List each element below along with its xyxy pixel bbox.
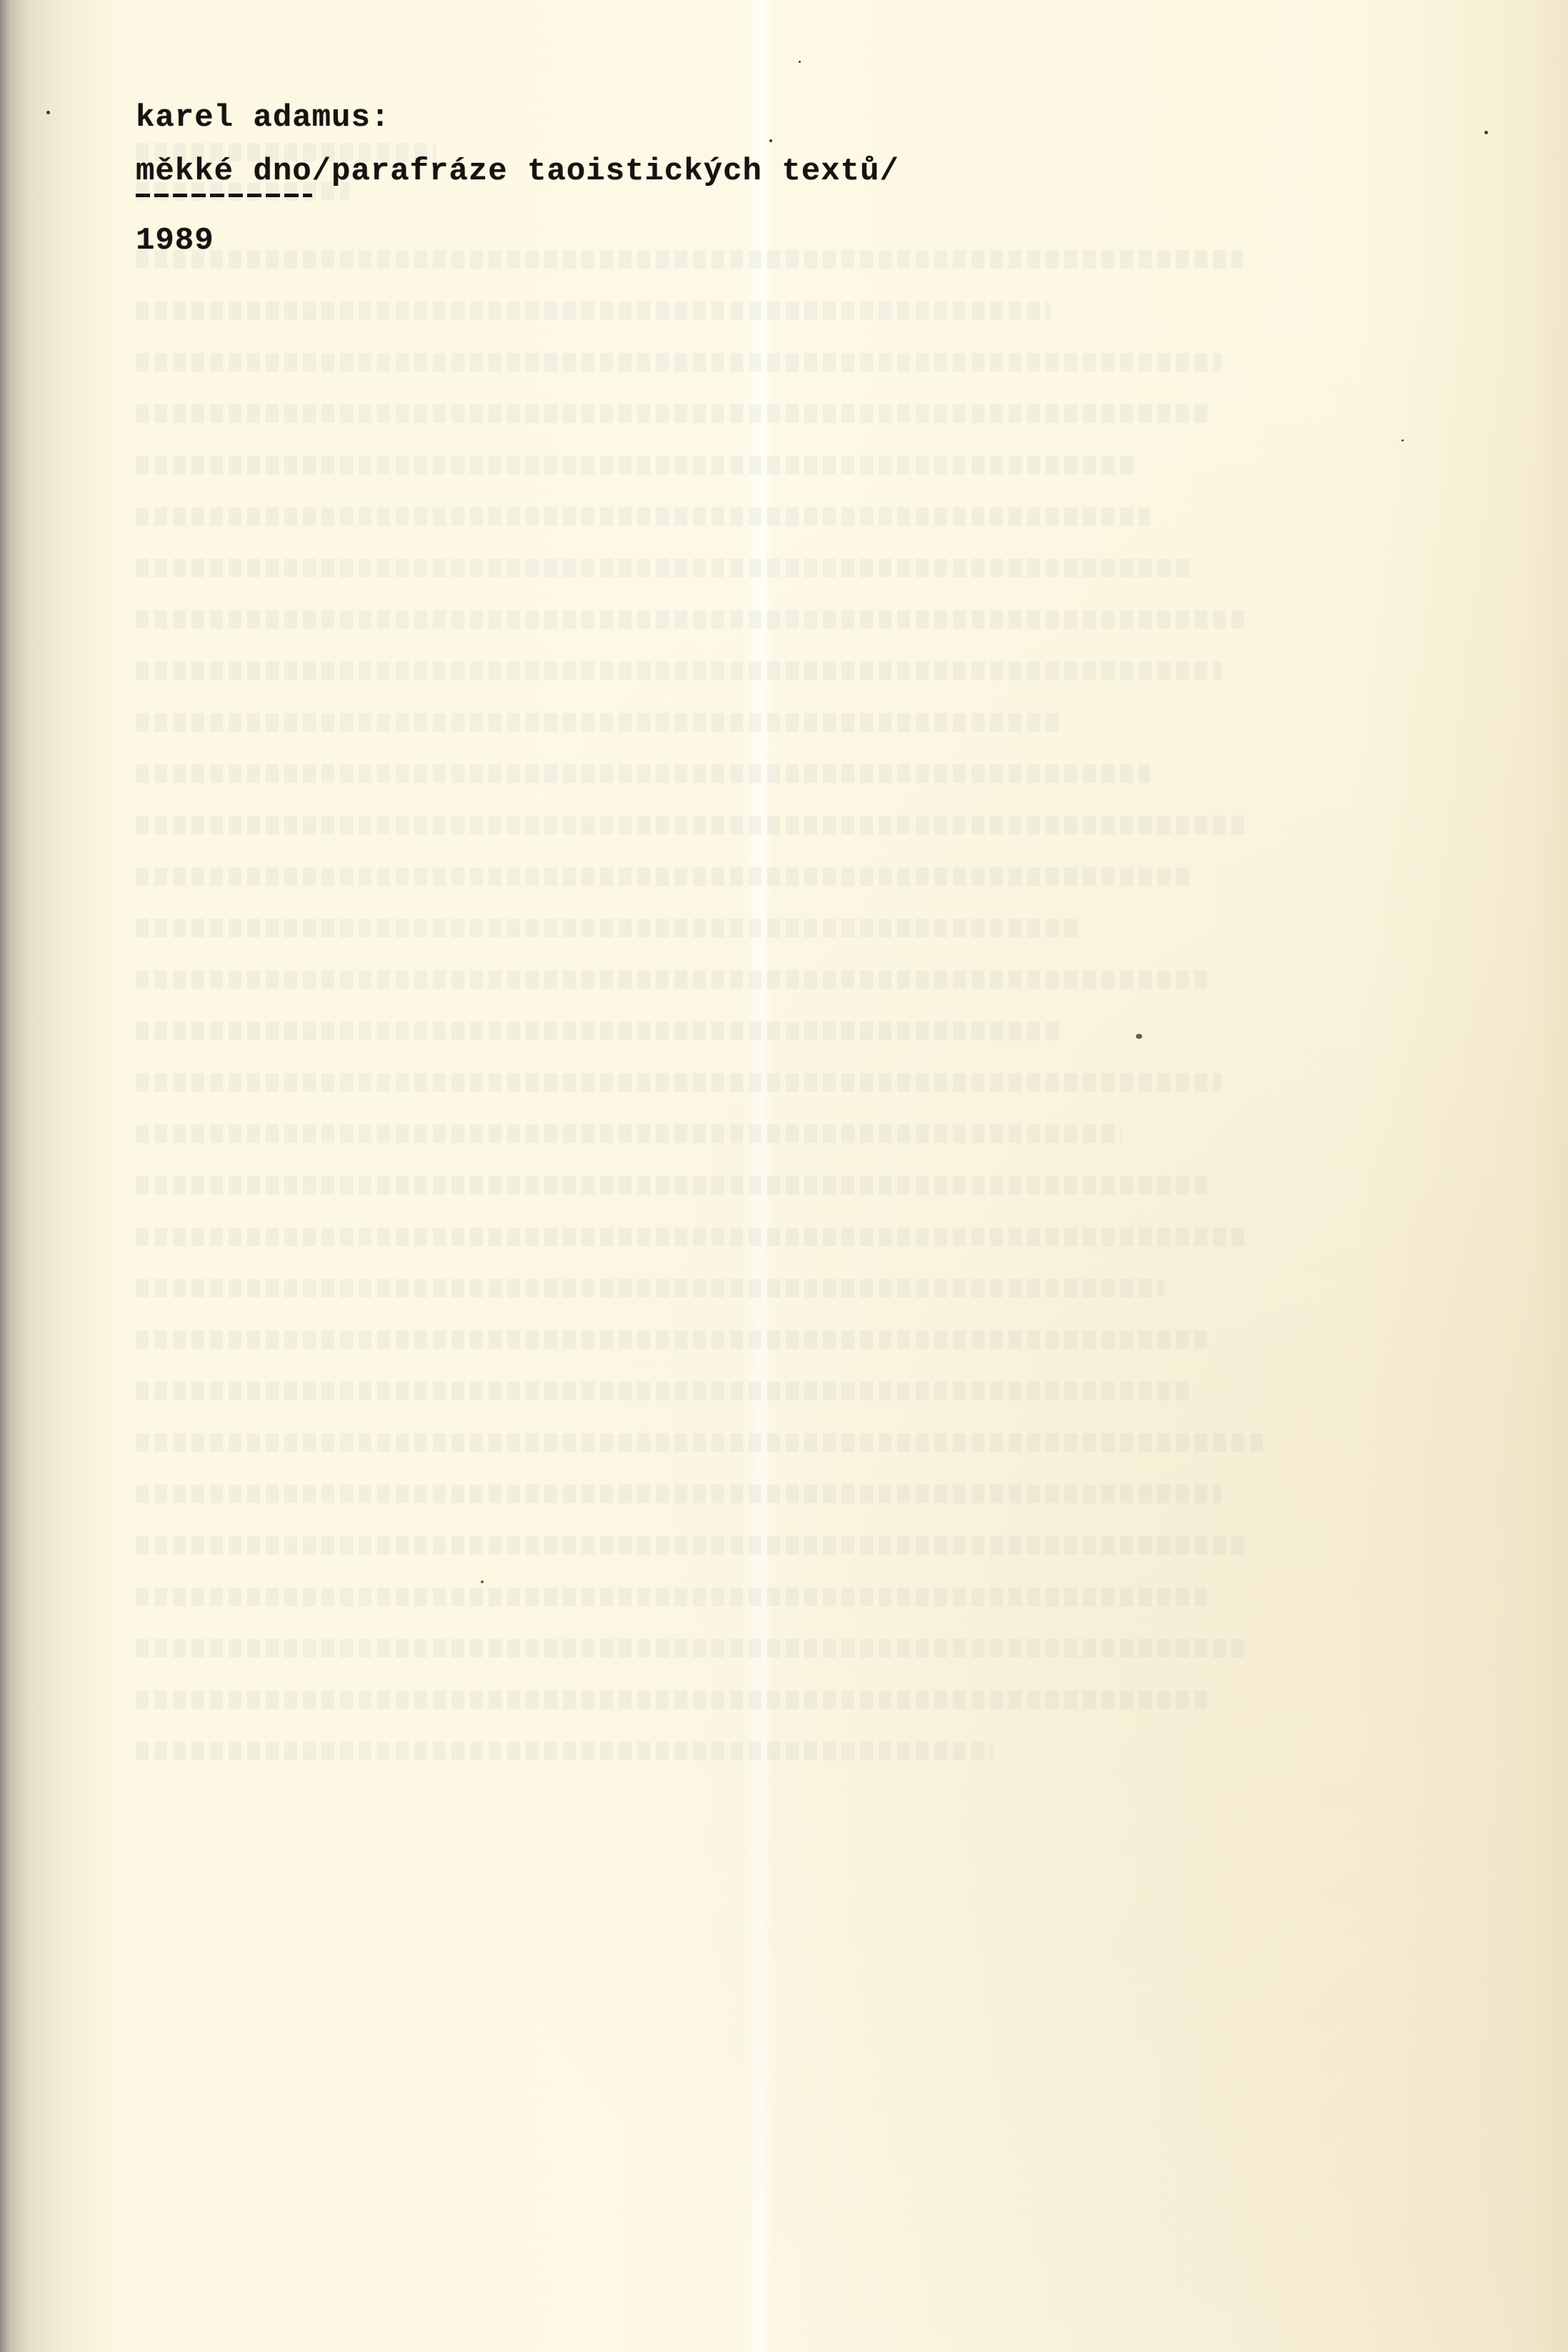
paper-speck <box>799 61 801 63</box>
show-through-line <box>136 713 1064 732</box>
paper-speck <box>769 139 772 142</box>
paper-speck <box>1402 439 1404 442</box>
typewritten-page: karel adamus: měkké dno/parafráze taoist… <box>0 0 1568 2352</box>
show-through-line <box>136 1279 1164 1297</box>
show-through-line <box>136 404 1207 423</box>
author-name: karel adamus: <box>136 102 390 134</box>
show-through-line <box>136 1176 1207 1195</box>
show-through-line <box>136 1588 1207 1606</box>
show-through-line <box>136 1330 1207 1349</box>
show-through-line <box>136 662 1222 680</box>
show-through-line <box>136 250 1243 269</box>
show-through-line <box>136 867 1193 886</box>
paper-speck <box>46 111 50 114</box>
show-through-line <box>136 1536 1250 1555</box>
show-through-line <box>136 1690 1207 1709</box>
show-through-line <box>136 1639 1250 1658</box>
show-through-line <box>136 1227 1250 1246</box>
year: 1989 <box>136 225 214 256</box>
paper-speck <box>481 1580 484 1583</box>
show-through-line <box>136 919 1079 937</box>
show-through-line <box>136 1742 993 1760</box>
show-through-line <box>136 559 1193 577</box>
show-through-line <box>136 353 1222 372</box>
show-through-line <box>136 1382 1193 1400</box>
show-through-line <box>136 1022 1064 1040</box>
title-underlined: měkké dno <box>136 156 312 187</box>
show-through-line <box>136 970 1207 989</box>
show-through-line <box>136 816 1250 834</box>
paper-speck <box>1136 1034 1142 1039</box>
show-through-line <box>136 302 1050 320</box>
show-through-line <box>136 456 1136 474</box>
show-through-line <box>136 1073 1222 1092</box>
show-through-line <box>136 764 1150 783</box>
paper-speck <box>1484 131 1488 134</box>
reverse-side-show-through <box>136 129 1279 1700</box>
title-subtitle: /parafráze taoistických textů/ <box>312 154 899 189</box>
show-through-line <box>136 610 1250 629</box>
show-through-line <box>136 1485 1222 1503</box>
work-title: měkké dno/parafráze taoistických textů/ <box>136 156 899 187</box>
show-through-line <box>136 507 1150 526</box>
show-through-line <box>136 1125 1122 1143</box>
show-through-line <box>136 1433 1264 1452</box>
